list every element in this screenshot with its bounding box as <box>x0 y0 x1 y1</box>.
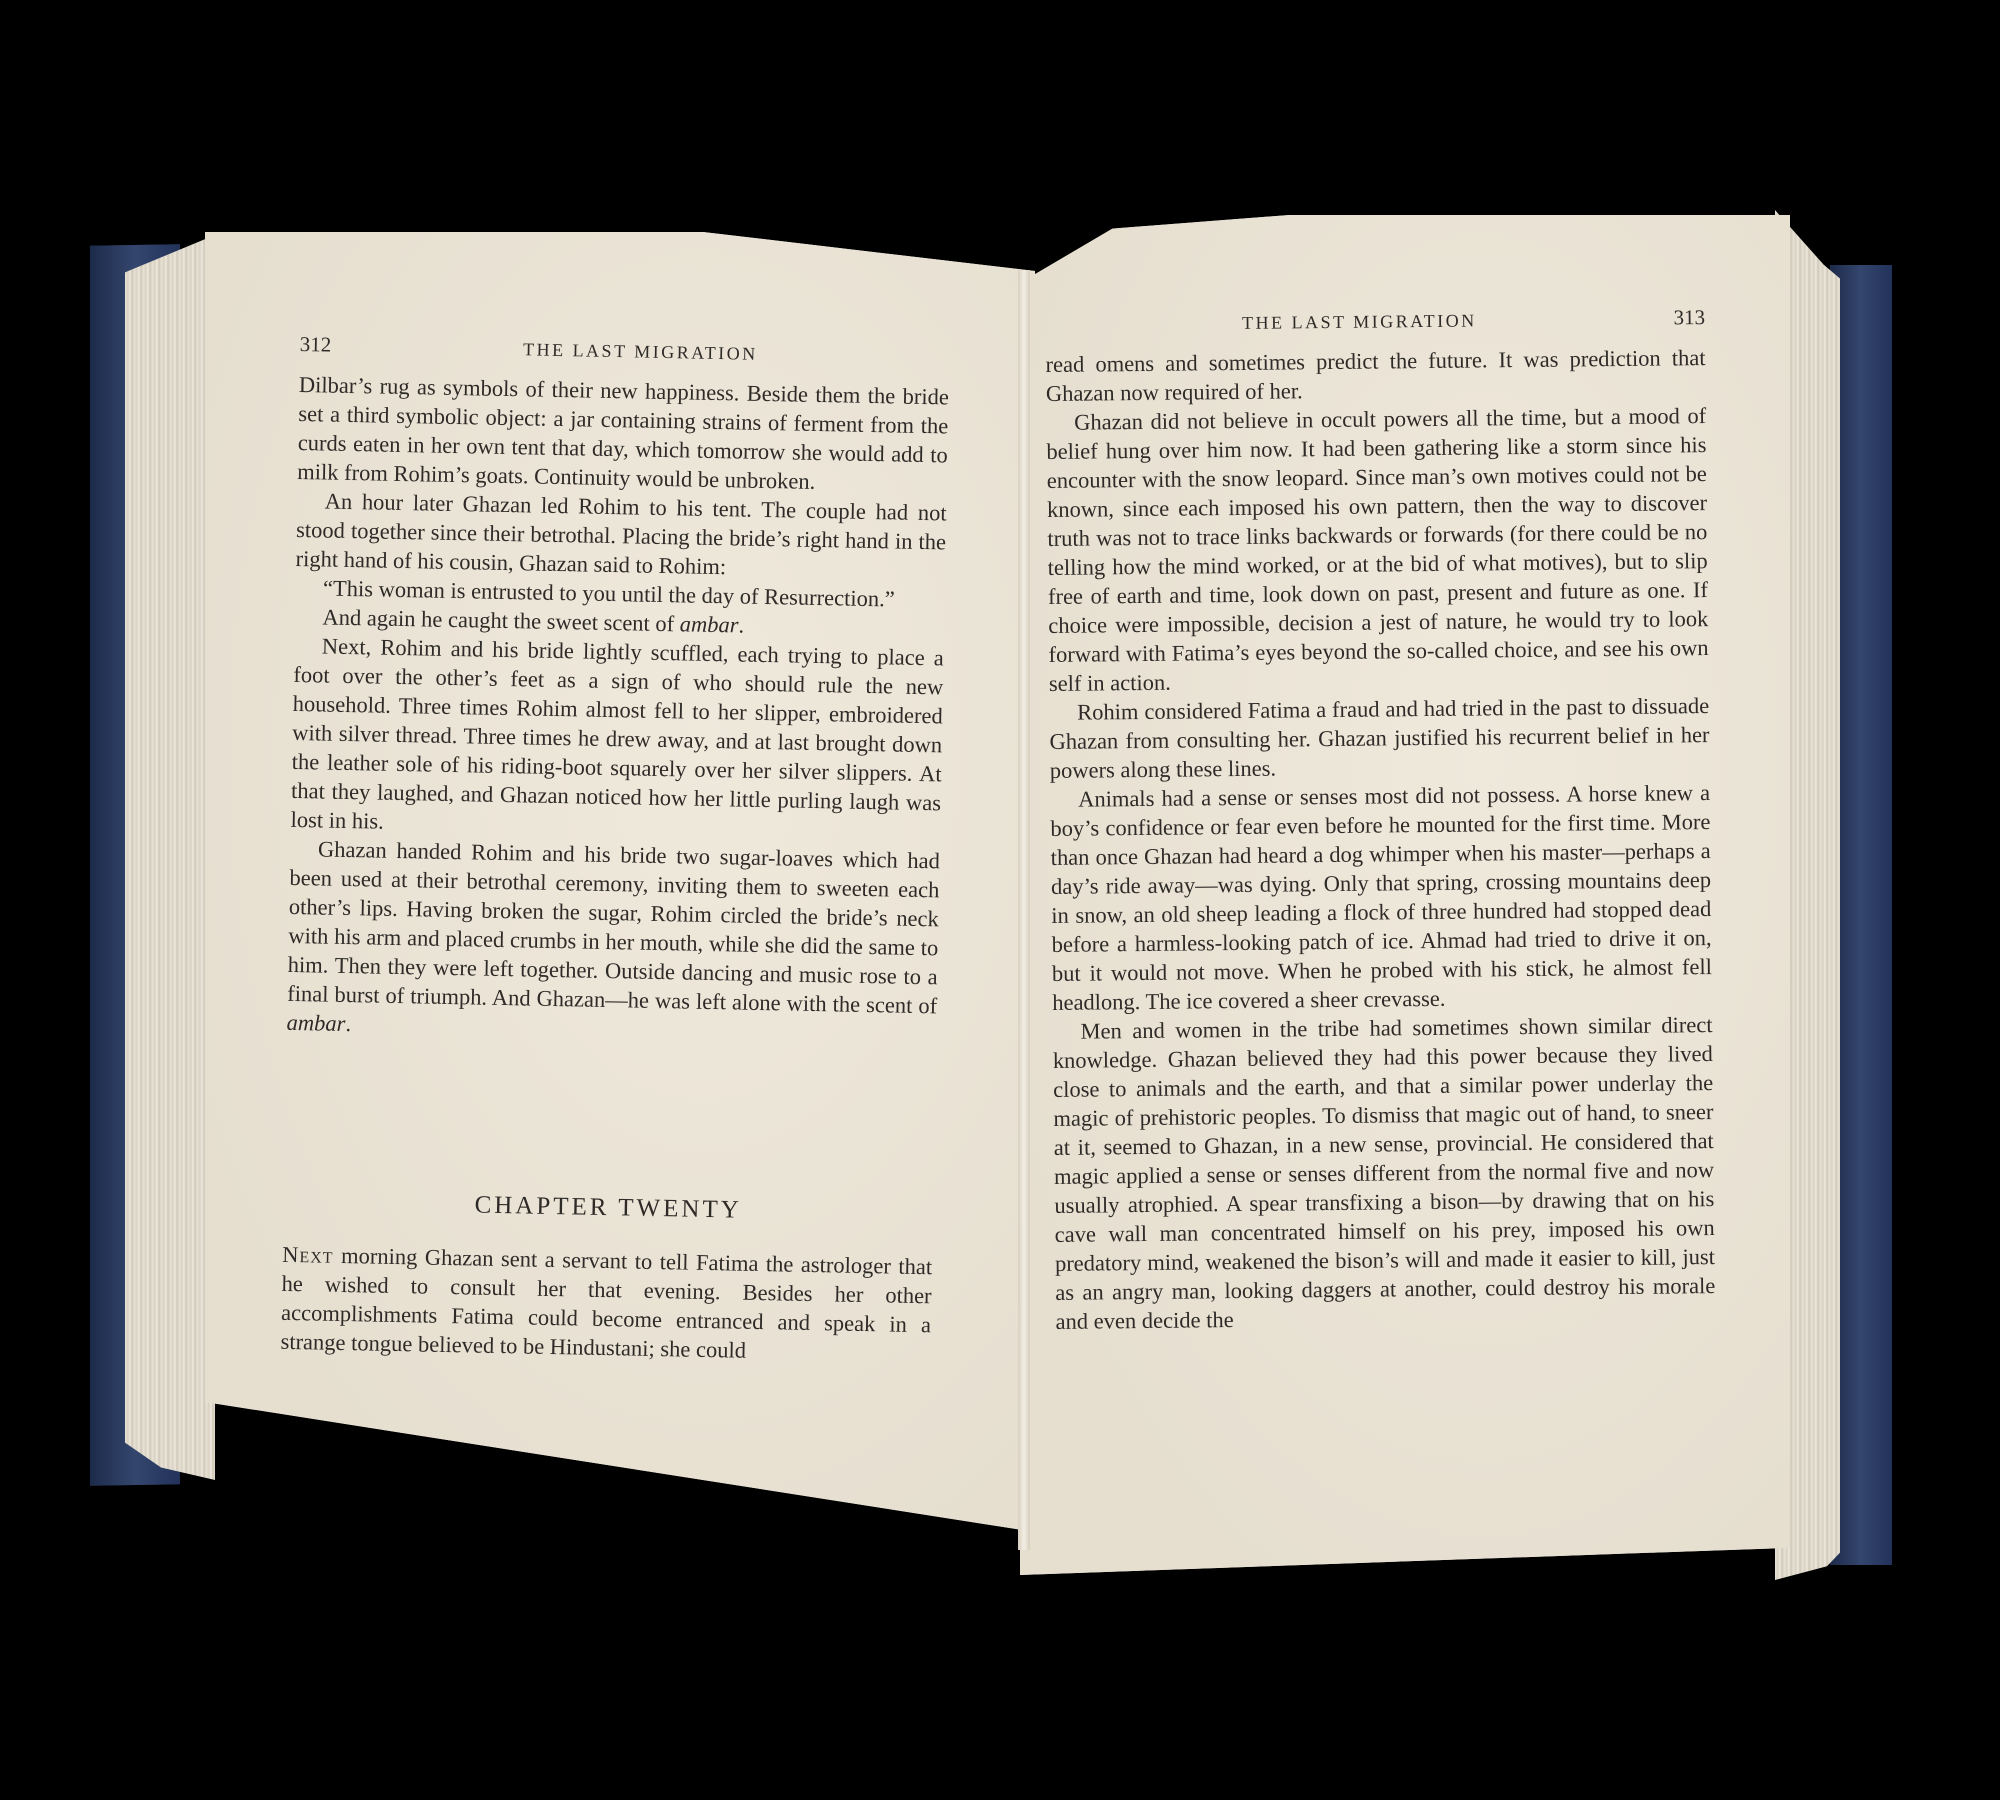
chapter-opening-paragraph: Next morning Ghazan sent a servant to te… <box>280 1240 932 1368</box>
paragraph: Men and women in the tribe had sometimes… <box>1052 1010 1715 1336</box>
paragraph: Animals had a sense or senses most did n… <box>1050 778 1712 1017</box>
paragraph: Ghazan handed Rohim and his bride two su… <box>286 834 940 1049</box>
page-number: 313 <box>1673 303 1705 332</box>
small-caps-lead: Next <box>282 1242 334 1268</box>
book-gutter <box>1018 270 1030 1550</box>
running-head: THE LAST MIGRATION 313 <box>1045 303 1705 340</box>
paragraph: read omens and sometimes predict the fut… <box>1045 343 1706 408</box>
page-edges-left <box>125 235 215 1480</box>
paragraph: An hour later Ghazan led Rohim to his te… <box>295 486 947 585</box>
italic-word: ambar <box>680 611 739 637</box>
running-title: THE LAST MIGRATION <box>1045 304 1674 340</box>
paragraph: Ghazan did not believe in occult powers … <box>1046 401 1709 698</box>
page-number: 312 <box>299 330 331 360</box>
left-page-text: 312 THE LAST MIGRATION Dilbar’s rug as s… <box>280 330 950 1368</box>
chapter-heading: CHAPTER TWENTY <box>283 1187 933 1228</box>
italic-word: ambar <box>286 1010 345 1036</box>
paragraph: Rohim considered Fatima a fraud and had … <box>1049 691 1710 785</box>
paragraph: Next, Rohim and his bride lightly scuffl… <box>290 631 944 846</box>
right-page-text: THE LAST MIGRATION 313 read omens and so… <box>1045 303 1716 1336</box>
paragraph: Dilbar’s rug as symbols of their new hap… <box>297 370 949 498</box>
